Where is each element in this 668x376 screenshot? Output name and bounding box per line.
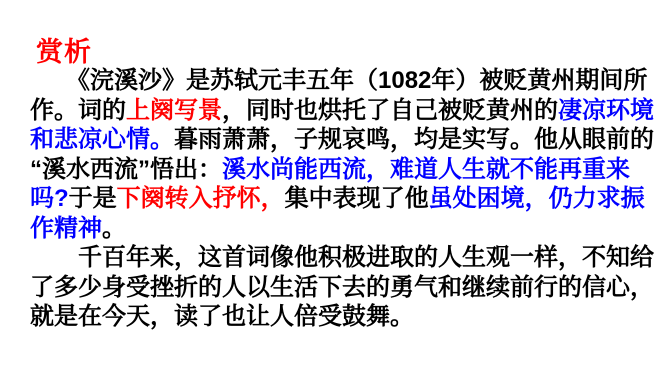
text-line: 吗?于是下阕转入抒怀，集中表现了他虽处困境，仍力求振 bbox=[30, 184, 646, 214]
text-segment: 下阕转入抒怀， bbox=[117, 185, 285, 212]
text-segment: 和悲凉心情。 bbox=[30, 126, 174, 153]
slide: 赏析 《浣溪沙》是苏轼元丰五年（1082年）被贬黄州期间所作。词的上阕写景，同时… bbox=[0, 0, 668, 376]
text-segment: ，同时也烘托了自己被贬黄州的 bbox=[222, 97, 558, 124]
text-segment: 了多少身受挫折的人以生活下去的勇气和继续前行的信心， bbox=[30, 274, 654, 301]
text-segment: 虽处困境，仍力求振 bbox=[429, 185, 645, 212]
text-segment: 凄凉环境 bbox=[558, 97, 654, 124]
text-segment: 就是在今天，读了也让人倍受鼓舞。 bbox=[30, 303, 414, 330]
text-line: 了多少身受挫折的人以生活下去的勇气和继续前行的信心， bbox=[30, 273, 646, 303]
text-line: 就是在今天，读了也让人倍受鼓舞。 bbox=[30, 302, 646, 332]
text-segment: 上阕写景 bbox=[126, 97, 222, 124]
text-segment: 集中表现了他 bbox=[285, 185, 429, 212]
text-line: 和悲凉心情。暮雨萧萧，子规哀鸣，均是实写。他从眼前的 bbox=[30, 125, 646, 155]
text-line: 千百年来，这首词像他积极进取的人生观一样，不知给 bbox=[30, 243, 646, 273]
text-segment: 作。词的 bbox=[30, 97, 126, 124]
text-line: 作精神。 bbox=[30, 214, 646, 244]
text-segment: 作精神 bbox=[30, 215, 102, 242]
text-segment: 溪水尚能西流，难道人生就不能再重来 bbox=[222, 156, 630, 183]
text-line: “溪水西流”悟出：溪水尚能西流，难道人生就不能再重来 bbox=[30, 155, 646, 185]
text-segment: 。 bbox=[102, 215, 126, 242]
text-segment: “溪水西流”悟出： bbox=[30, 156, 222, 183]
text-segment: 暮雨萧萧，子规哀鸣，均是实写。他从眼前的 bbox=[174, 126, 654, 153]
text-line: 作。词的上阕写景，同时也烘托了自己被贬黄州的凄凉环境 bbox=[30, 96, 646, 126]
text-segment: 《浣溪沙》是苏轼元丰五年（1082年）被贬黄州期间所 bbox=[30, 67, 647, 94]
text-line: 《浣溪沙》是苏轼元丰五年（1082年）被贬黄州期间所 bbox=[30, 66, 646, 96]
text-segment: 吗? bbox=[30, 185, 69, 212]
text-segment: 于是 bbox=[69, 185, 117, 212]
slide-title: 赏析 bbox=[36, 30, 92, 69]
text-segment: 千百年来，这首词像他积极进取的人生观一样，不知给 bbox=[30, 244, 654, 271]
analysis-body-text: 《浣溪沙》是苏轼元丰五年（1082年）被贬黄州期间所作。词的上阕写景，同时也烘托… bbox=[30, 66, 646, 332]
